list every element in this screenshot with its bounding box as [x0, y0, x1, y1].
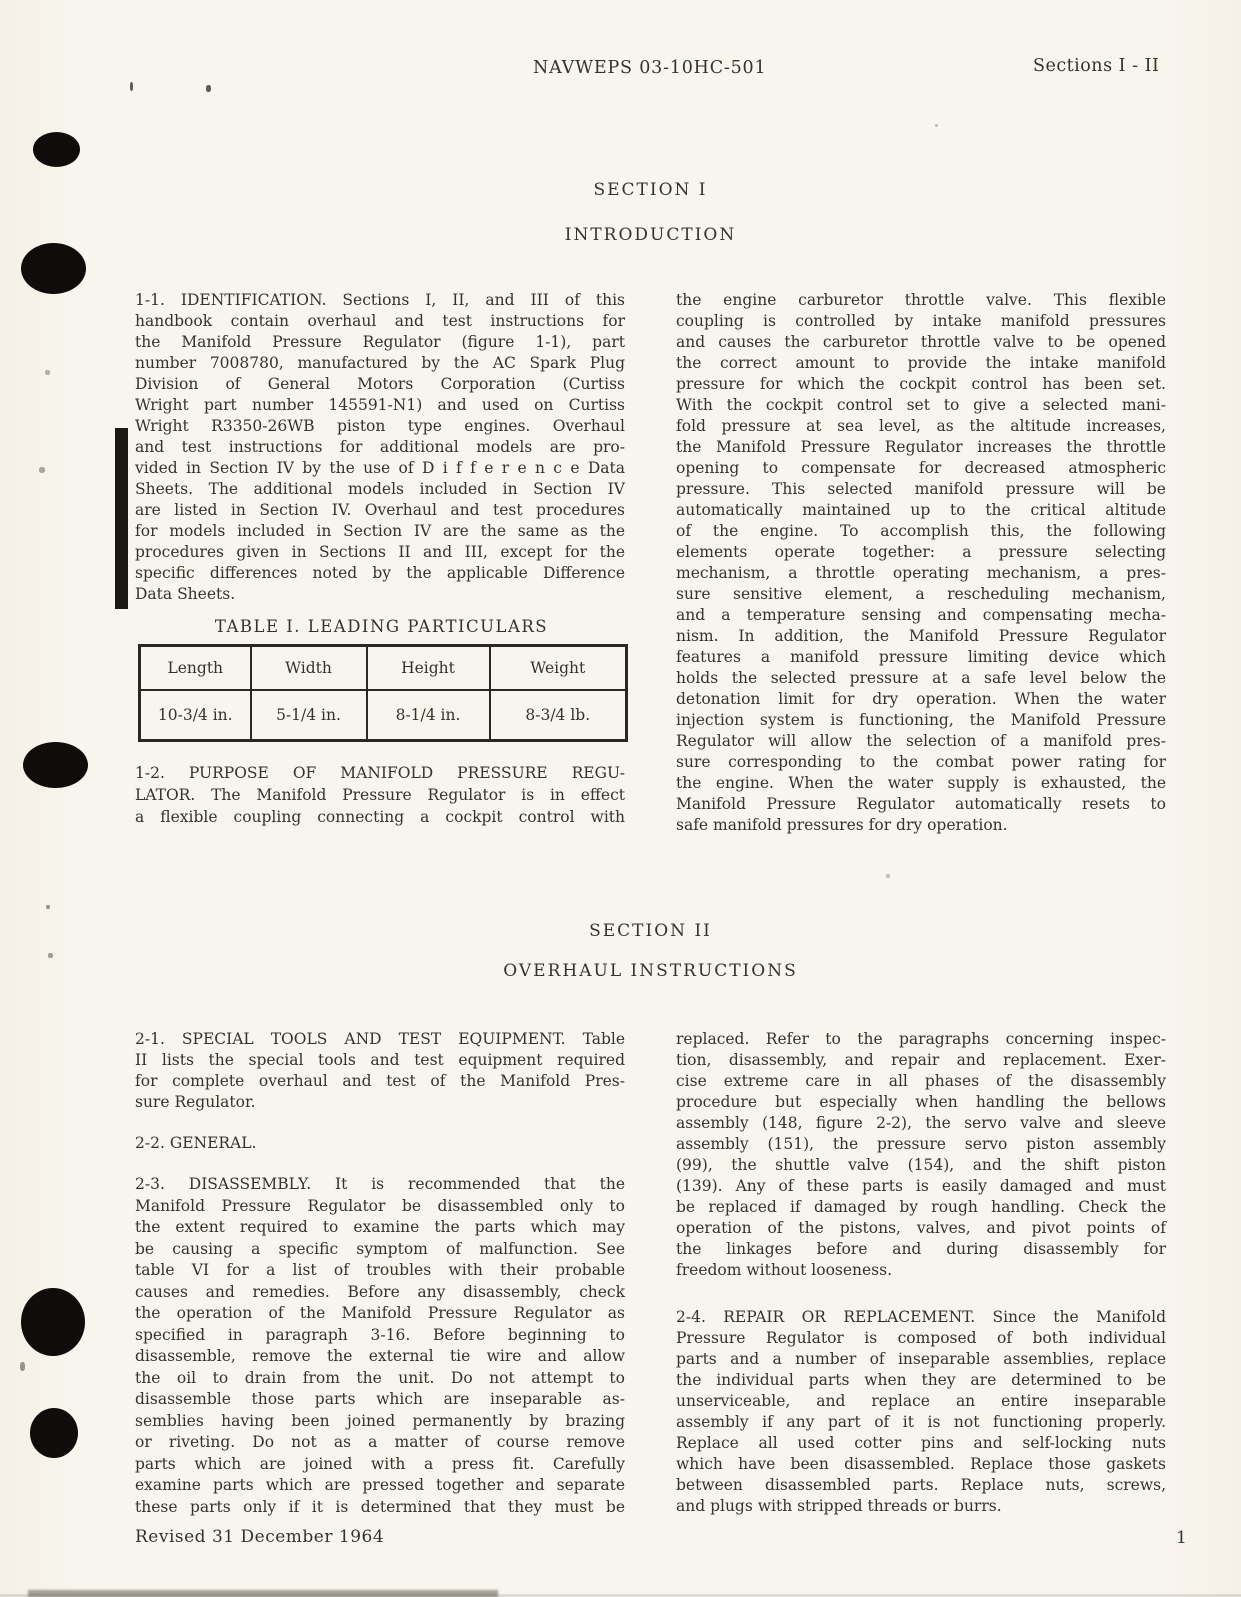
doc-number: NAVWEPS 03-10HC-501 — [533, 58, 766, 78]
text-line: the Manifold Pressure Regulator (figure … — [135, 332, 625, 353]
text-line: Wright part number 145591-N1) and used o… — [135, 395, 625, 416]
text-line: nism. In addition, the Manifold Pressure… — [676, 626, 1166, 647]
table1-title: TABLE I. LEADING PARTICULARS — [138, 617, 625, 636]
text-line: and causes the carburetor throttle valve… — [676, 332, 1166, 353]
text-line: the individual parts when they are deter… — [676, 1370, 1166, 1391]
text-line: assembly (151), the pressure servo pisto… — [676, 1134, 1166, 1155]
scan-speck — [39, 467, 45, 473]
text-line: the extent required to examine the parts… — [135, 1217, 625, 1239]
text-line: disassemble, remove the external tie wir… — [135, 1346, 625, 1368]
text-line: pressure. This selected manifold pressur… — [676, 479, 1166, 500]
text-line: pressure for which the cockpit control h… — [676, 374, 1166, 395]
section1-subtitle: INTRODUCTION — [135, 225, 1166, 245]
text-line: cise extreme care in all phases of the d… — [676, 1071, 1166, 1092]
binder-hole — [30, 1408, 78, 1458]
scan-speck — [886, 874, 890, 878]
table-value-length: 10-3/4 in. — [140, 690, 251, 741]
paragraph-2-3-continuation: replaced. Refer to the paragraphs concer… — [676, 1029, 1166, 1281]
scan-speck — [48, 953, 53, 958]
text-line: which have been disassembled. Replace th… — [676, 1454, 1166, 1475]
text-line: the linkages before and during disassemb… — [676, 1239, 1166, 1260]
section2-subtitle: OVERHAUL INSTRUCTIONS — [135, 961, 1166, 981]
binder-hole — [23, 742, 88, 788]
text-line: tion, disassembly, and repair and replac… — [676, 1050, 1166, 1071]
binder-hole — [33, 132, 80, 167]
text-line: procedure but especially when handling t… — [676, 1092, 1166, 1113]
paragraph-2-4: 2-4. REPAIR OR REPLACEMENT. Since the Ma… — [676, 1307, 1166, 1517]
text-line: the engine carburetor throttle valve. Th… — [676, 290, 1166, 311]
text-line: coupling is controlled by intake manifol… — [676, 311, 1166, 332]
table-header-length: Length — [140, 646, 251, 691]
text-line: 2-4. REPAIR OR REPLACEMENT. Since the Ma… — [676, 1307, 1166, 1328]
revision-date: Revised 31 December 1964 — [135, 1527, 384, 1547]
binder-hole — [21, 1288, 85, 1356]
text-line: Replace all used cotter pins and self-lo… — [676, 1433, 1166, 1454]
text-line: these parts only if it is determined tha… — [135, 1497, 625, 1519]
text-line: or riveting. Do not as a matter of cours… — [135, 1432, 625, 1454]
text-line: replaced. Refer to the paragraphs concer… — [676, 1029, 1166, 1050]
text-line: mechanism, a throttle operating mechanis… — [676, 563, 1166, 584]
text-line: II lists the special tools and test equi… — [135, 1050, 625, 1071]
text-line: specific differences noted by the applic… — [135, 563, 625, 584]
table-header-width: Width — [251, 646, 367, 691]
text-line: be replaced if damaged by rough handling… — [676, 1197, 1166, 1218]
binder-hole — [21, 243, 86, 294]
text-line: sure corresponding to the combat power r… — [676, 752, 1166, 773]
paragraph-2-2: 2-2. GENERAL. — [135, 1133, 256, 1154]
text-line: are listed in Section IV. Overhaul and t… — [135, 500, 625, 521]
text-line: for models included in Section IV are th… — [135, 521, 625, 542]
text-line: With the cockpit control set to give a s… — [676, 395, 1166, 416]
paragraph-1-1: 1-1. IDENTIFICATION. Sections I, II, and… — [135, 290, 625, 605]
scan-speck — [20, 1362, 25, 1371]
table-value-height: 8-1/4 in. — [367, 690, 490, 741]
text-line: semblies having been joined permanently … — [135, 1411, 625, 1433]
text-line: (99), the shuttle valve (154), and the s… — [676, 1155, 1166, 1176]
text-line: parts which are joined with a press fit.… — [135, 1454, 625, 1476]
text-line: sure Regulator. — [135, 1092, 625, 1113]
leading-particulars-table: Length Width Height Weight 10-3/4 in. 5-… — [138, 644, 628, 742]
text-line: assembly (148, figure 2-2), the servo va… — [676, 1113, 1166, 1134]
page-number: 1 — [1176, 1528, 1187, 1548]
section2-title: SECTION II — [135, 921, 1166, 941]
text-line: (139). Any of these parts is easily dama… — [676, 1176, 1166, 1197]
text-line: and plugs with stripped threads or burrs… — [676, 1496, 1166, 1517]
document-page: NAVWEPS 03-10HC-501 Sections I - II SECT… — [0, 0, 1241, 1597]
text-line: and a temperature sensing and compensati… — [676, 605, 1166, 626]
text-line: vided in Section IV by the use of D i f … — [135, 458, 625, 479]
text-line: assembly if any part of it is not functi… — [676, 1412, 1166, 1433]
text-line: automatically maintained up to the criti… — [676, 500, 1166, 521]
text-line: features a manifold pressure limiting de… — [676, 647, 1166, 668]
text-line: be causing a specific symptom of malfunc… — [135, 1239, 625, 1261]
text-line: handbook contain overhaul and test instr… — [135, 311, 625, 332]
text-line: the engine. When the water supply is exh… — [676, 773, 1166, 794]
text-line: Regulator will allow the selection of a … — [676, 731, 1166, 752]
text-line: specified in paragraph 3-16. Before begi… — [135, 1325, 625, 1347]
table-value-weight: 8-3/4 lb. — [490, 690, 627, 741]
text-line: the oil to drain from the unit. Do not a… — [135, 1368, 625, 1390]
text-line: opening to compensate for decreased atmo… — [676, 458, 1166, 479]
text-line: causes and remedies. Before any disassem… — [135, 1282, 625, 1304]
paragraph-1-2: 1-2. PURPOSE OF MANIFOLD PRESSURE REGU-L… — [135, 762, 625, 828]
text-line: elements operate together: a pressure se… — [676, 542, 1166, 563]
text-line: Division of General Motors Corporation (… — [135, 374, 625, 395]
paragraph-2-1: 2-1. SPECIAL TOOLS AND TEST EQUIPMENT. T… — [135, 1029, 625, 1113]
text-line: procedures given in Sections II and III,… — [135, 542, 625, 563]
text-line: unserviceable, and replace an entire ins… — [676, 1391, 1166, 1412]
text-line: of the engine. To accomplish this, the f… — [676, 521, 1166, 542]
text-line: between disassembled parts. Replace nuts… — [676, 1475, 1166, 1496]
text-line: the Manifold Pressure Regulator increase… — [676, 437, 1166, 458]
table-header-weight: Weight — [490, 646, 627, 691]
text-line: detonation limit for dry operation. When… — [676, 689, 1166, 710]
table-header-height: Height — [367, 646, 490, 691]
text-line: Manifold Pressure Regulator be disassemb… — [135, 1196, 625, 1218]
paragraph-2-3: 2-3. DISASSEMBLY. It is recommended that… — [135, 1174, 625, 1518]
text-line: 1-1. IDENTIFICATION. Sections I, II, and… — [135, 290, 625, 311]
text-line: table VI for a list of troubles with the… — [135, 1260, 625, 1282]
section1-right-column: the engine carburetor throttle valve. Th… — [676, 290, 1166, 836]
text-line: Manifold Pressure Regulator automaticall… — [676, 794, 1166, 815]
scan-speck — [130, 82, 133, 91]
text-line: number 7008780, manufactured by the AC S… — [135, 353, 625, 374]
change-bar — [115, 428, 128, 609]
text-line: Wright R3350-26WB piston type engines. O… — [135, 416, 625, 437]
text-line: sure sensitive element, a rescheduling m… — [676, 584, 1166, 605]
text-line: safe manifold pressures for dry operatio… — [676, 815, 1166, 836]
text-line: freedom without looseness. — [676, 1260, 1166, 1281]
text-line: fold pressure at sea level, as the altit… — [676, 416, 1166, 437]
text-line: parts and a number of inseparable assemb… — [676, 1349, 1166, 1370]
text-line: 2-3. DISASSEMBLY. It is recommended that… — [135, 1174, 625, 1196]
text-line: 1-2. PURPOSE OF MANIFOLD PRESSURE REGU- — [135, 762, 625, 784]
text-line: a flexible coupling connecting a cockpit… — [135, 806, 625, 828]
text-line: and test instructions for additional mod… — [135, 437, 625, 458]
text-line: the operation of the Manifold Pressure R… — [135, 1303, 625, 1325]
text-line: Data Sheets. — [135, 584, 625, 605]
text-line: 2-1. SPECIAL TOOLS AND TEST EQUIPMENT. T… — [135, 1029, 625, 1050]
scan-speck — [45, 370, 50, 375]
text-line: holds the selected pressure at a safe le… — [676, 668, 1166, 689]
scan-speck — [206, 85, 211, 92]
text-line: Pressure Regulator is composed of both i… — [676, 1328, 1166, 1349]
scan-speck — [46, 905, 50, 909]
text-line: for complete overhaul and test of the Ma… — [135, 1071, 625, 1092]
text-line: Sheets. The additional models included i… — [135, 479, 625, 500]
header-section-range: Sections I - II — [1033, 56, 1159, 76]
text-line: examine parts which are pressed together… — [135, 1475, 625, 1497]
text-line: injection system is functioning, the Man… — [676, 710, 1166, 731]
text-line: operation of the pistons, valves, and pi… — [676, 1218, 1166, 1239]
scan-speck — [935, 124, 938, 127]
section1-title: SECTION I — [135, 180, 1166, 200]
text-line: disassemble those parts which are insepa… — [135, 1389, 625, 1411]
text-line: the correct amount to provide the intake… — [676, 353, 1166, 374]
text-line: LATOR. The Manifold Pressure Regulator i… — [135, 784, 625, 806]
table-value-width: 5-1/4 in. — [251, 690, 367, 741]
